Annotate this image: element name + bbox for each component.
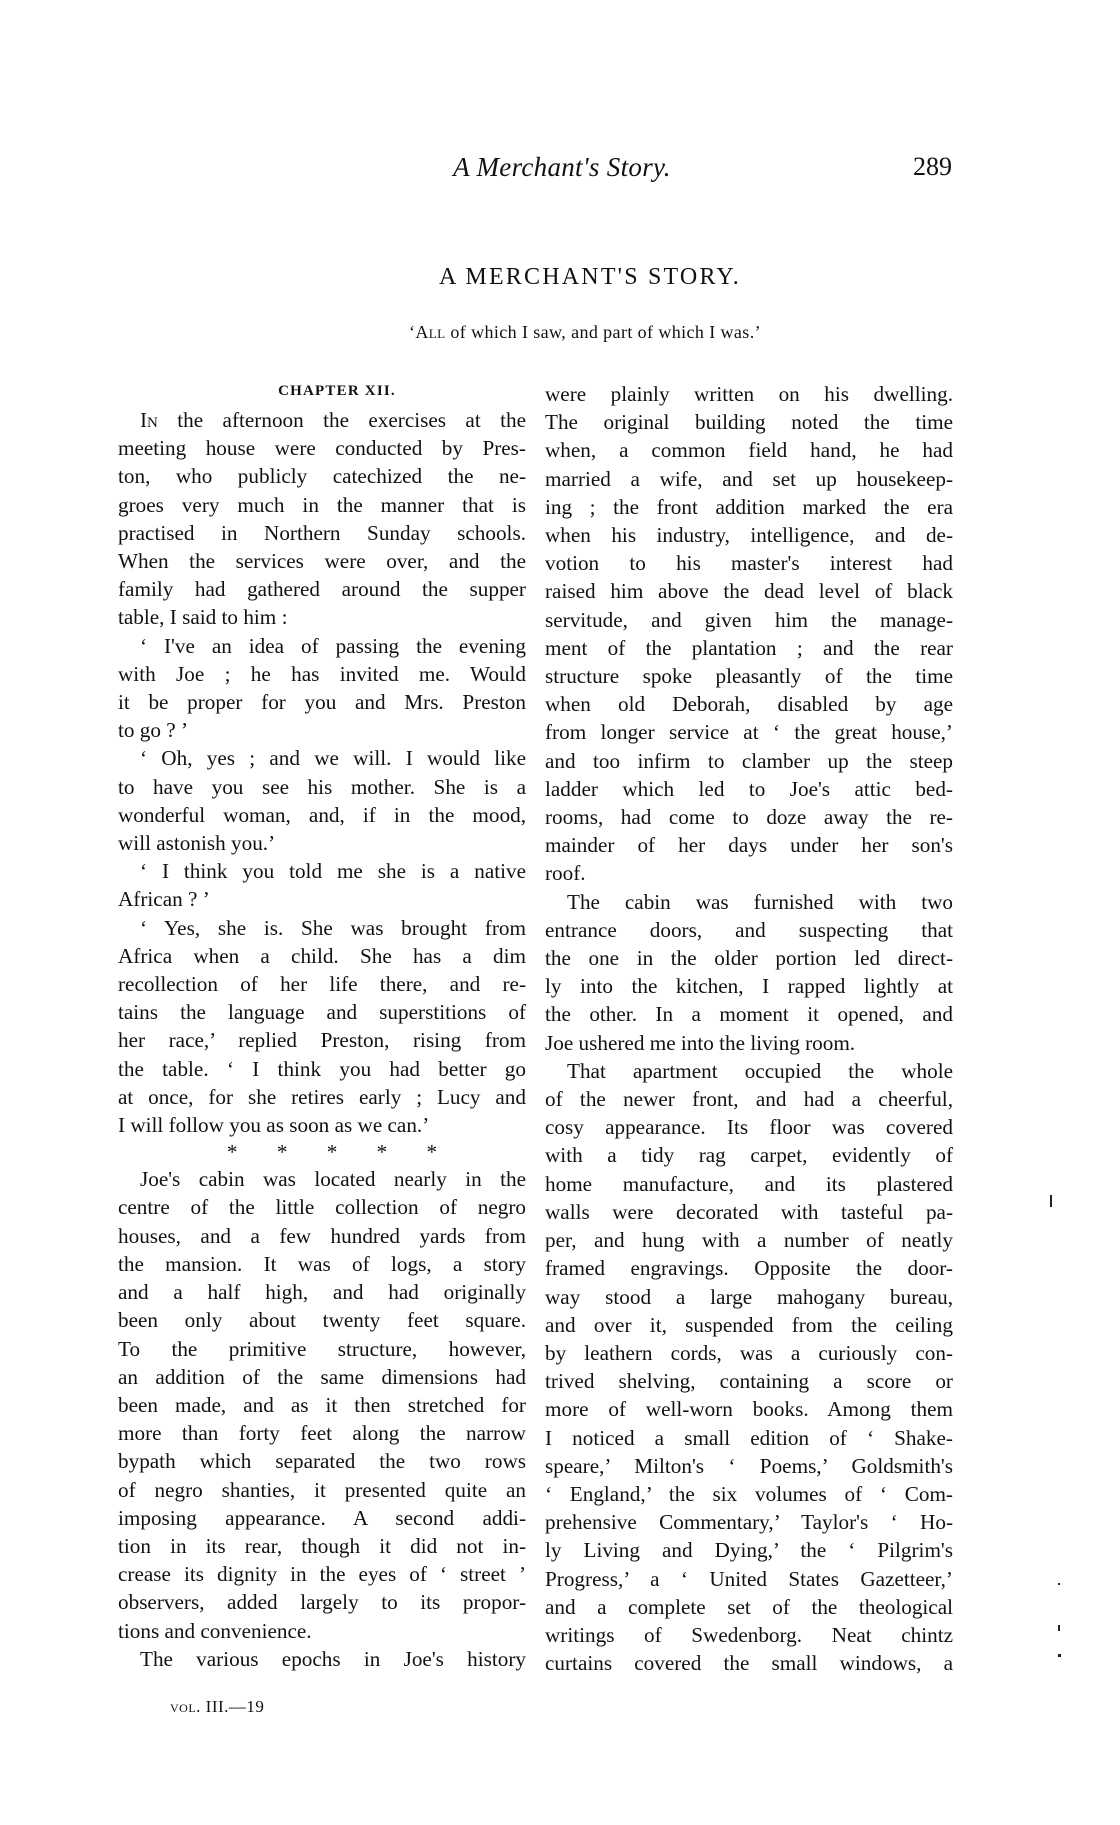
text-line: walls were decorated with tasteful pa- [545,1198,953,1226]
text-line: ly into the kitchen, I rapped lightly at [545,972,953,1000]
text-line: cosy appearance. Its floor was covered [545,1113,953,1141]
signature-vol: vol. [170,1697,201,1716]
running-head: A Merchant's Story. 289 [112,152,952,192]
text-line: bypath which separated the two rows [118,1447,526,1475]
text-line: practised in Northern Sunday schools. [118,519,526,547]
text-line: votion to his master's interest had [545,549,953,577]
text-line: trived shelving, containing a score or [545,1367,953,1395]
text-line: When the services were over, and the [118,547,526,575]
text-line: The various epochs in Joe's history [118,1645,526,1673]
text-line: of the newer front, and had a cheerful, [545,1085,953,1113]
text-line: ‘ Oh, yes ; and we will. I would like [118,744,526,772]
text-line: home manufacture, and its plastered [545,1170,953,1198]
text-line: more of well-worn books. Among them [545,1395,953,1423]
text-line: ment of the plantation ; and the rear [545,634,953,662]
text-line: prehensive Commentary,’ Taylor's ‘ Ho- [545,1508,953,1536]
text-line: with Joe ; he has invited me. Would [118,660,526,688]
text-line: and a complete set of the theological [545,1593,953,1621]
text-line: ‘ I've an idea of passing the evening [118,632,526,660]
text-line: her race,’ replied Preston, rising from [118,1026,526,1054]
text-line: the one in the older portion led direct- [545,944,953,972]
signature-mark: vol. III.—19 [170,1697,264,1717]
text-line: the table. ‘ I think you had better go [118,1055,526,1083]
page-number: 289 [913,152,952,182]
text-line: Joe's cabin was located nearly in the [118,1165,526,1193]
scan-speck [1058,1583,1060,1585]
text-line: to go ? ’ [118,716,526,744]
text-line: That apartment occupied the whole [545,1057,953,1085]
text-line: meeting house were conducted by Pres- [118,434,526,462]
text-line: ing ; the front addition marked the era [545,493,953,521]
text-line: crease its dignity in the eyes of ‘ stre… [118,1560,526,1588]
text-line: more than forty feet along the narrow [118,1419,526,1447]
text-line: the other. In a moment it opened, and [545,1000,953,1028]
text-line: per, and hung with a number of neatly [545,1226,953,1254]
text-line: To the primitive structure, however, [118,1335,526,1363]
text-line: houses, and a few hundred yards from [118,1222,526,1250]
text-line: roof. [545,859,953,887]
text-line: ‘ Yes, she is. She was brought from [118,914,526,942]
book-page: A Merchant's Story. 289 A MERCHANT'S STO… [0,0,1120,1825]
text-line: by leathern cords, was a curiously con- [545,1339,953,1367]
text-line: will astonish you.’ [118,829,526,857]
line-text: the afternoon the exercises at the [177,408,526,432]
text-line: when his industry, intelligence, and de- [545,521,953,549]
signature-number: III.—19 [201,1697,264,1716]
text-line: entrance doors, and suspecting that [545,916,953,944]
left-column: CHAPTER XII. In the afternoon the exerci… [118,380,526,1673]
running-title: A Merchant's Story. [112,152,952,183]
text-line: ly Living and Dying,’ the ‘ Pilgrim's [545,1536,953,1564]
text-line: wonderful woman, and, if in the mood, [118,801,526,829]
text-line: Joe ushered me into the living room. [545,1029,953,1057]
text-line: ‘ I think you told me she is a native [118,857,526,885]
text-line: groes very much in the manner that is [118,491,526,519]
right-column-text: were plainly written on his dwelling.The… [545,380,953,1677]
text-line: at once, for she retires early ; Lucy an… [118,1083,526,1111]
text-line: when old Deborah, disabled by age [545,690,953,718]
text-line: African ? ’ [118,885,526,913]
text-line: mainder of her days under her son's [545,831,953,859]
text-line: been only about twenty feet square. [118,1306,526,1334]
text-line: observers, added largely to its propor- [118,1588,526,1616]
text-line: I noticed a small edition of ‘ Shake- [545,1424,953,1452]
text-line: I will follow you as soon as we can.’ [118,1111,526,1139]
text-line: the mansion. It was of logs, a story [118,1250,526,1278]
text-line: when, a common field hand, he had [545,436,953,464]
text-line: tains the language and superstitions of [118,998,526,1026]
text-line: curtains covered the small windows, a [545,1649,953,1677]
text-line: and too infirm to clamber up the steep [545,747,953,775]
text-line: The original building noted the time [545,408,953,436]
text-line: speare,’ Milton's ‘ Poems,’ Goldsmith's [545,1452,953,1480]
section-break-asterisms: * * * * * [118,1139,526,1165]
text-line: of negro shanties, it presented quite an [118,1476,526,1504]
right-column: were plainly written on his dwelling.The… [545,380,953,1677]
text-line: table, I said to him : [118,603,526,631]
epigraph: ‘All of which I saw, and part of which I… [0,322,1120,343]
text-line: with a tidy rag carpet, evidently of [545,1141,953,1169]
text-line: tions and convenience. [118,1617,526,1645]
text-line: an addition of the same dimensions had [118,1363,526,1391]
text-line: Progress,’ a ‘ United States Gazetteer,’ [545,1565,953,1593]
scan-speck [1050,1195,1052,1207]
text-line: ladder which led to Joe's attic bed- [545,775,953,803]
left-column-text-continued: Joe's cabin was located nearly in thecen… [118,1165,526,1673]
text-line: and over it, suspended from the ceiling [545,1311,953,1339]
text-line: way stood a large mahogany bureau, [545,1283,953,1311]
text-line: ton, who publicly catechized the ne- [118,462,526,490]
text-line: rooms, had come to doze away the re- [545,803,953,831]
text-line: tion in its rear, though it did not in- [118,1532,526,1560]
text-line: The cabin was furnished with two [545,888,953,916]
text-line: been made, and as it then stretched for [118,1391,526,1419]
left-column-text: In the afternoon the exercises at themee… [118,406,526,1139]
chapter-heading: CHAPTER XII. [118,380,526,402]
text-line: married a wife, and set up housekeep- [545,465,953,493]
text-line: it be proper for you and Mrs. Preston [118,688,526,716]
drop-lead-word: In [140,408,177,432]
text-line: to have you see his mother. She is a [118,773,526,801]
scan-speck [1058,1625,1060,1631]
text-line: were plainly written on his dwelling. [545,380,953,408]
text-line: and a half high, and had originally [118,1278,526,1306]
scan-speck [1058,1654,1061,1657]
epigraph-rest: of which I saw, and part of which I was.… [445,322,761,342]
epigraph-lead: All [415,322,445,342]
story-title: A MERCHANT'S STORY. [0,264,1120,291]
text-line: raised him above the dead level of black [545,577,953,605]
text-line: from longer service at ‘ the great house… [545,718,953,746]
text-line: framed engravings. Opposite the door- [545,1254,953,1282]
text-line: recollection of her life there, and re- [118,970,526,998]
text-line: ‘ England,’ the six volumes of ‘ Com- [545,1480,953,1508]
text-line: centre of the little collection of negro [118,1193,526,1221]
text-line: writings of Swedenborg. Neat chintz [545,1621,953,1649]
text-line: servitude, and given him the manage- [545,606,953,634]
text-line: imposing appearance. A second addi- [118,1504,526,1532]
text-line: family had gathered around the supper [118,575,526,603]
text-line: In the afternoon the exercises at the [118,406,526,434]
text-line: Africa when a child. She has a dim [118,942,526,970]
text-line: structure spoke pleasantly of the time [545,662,953,690]
